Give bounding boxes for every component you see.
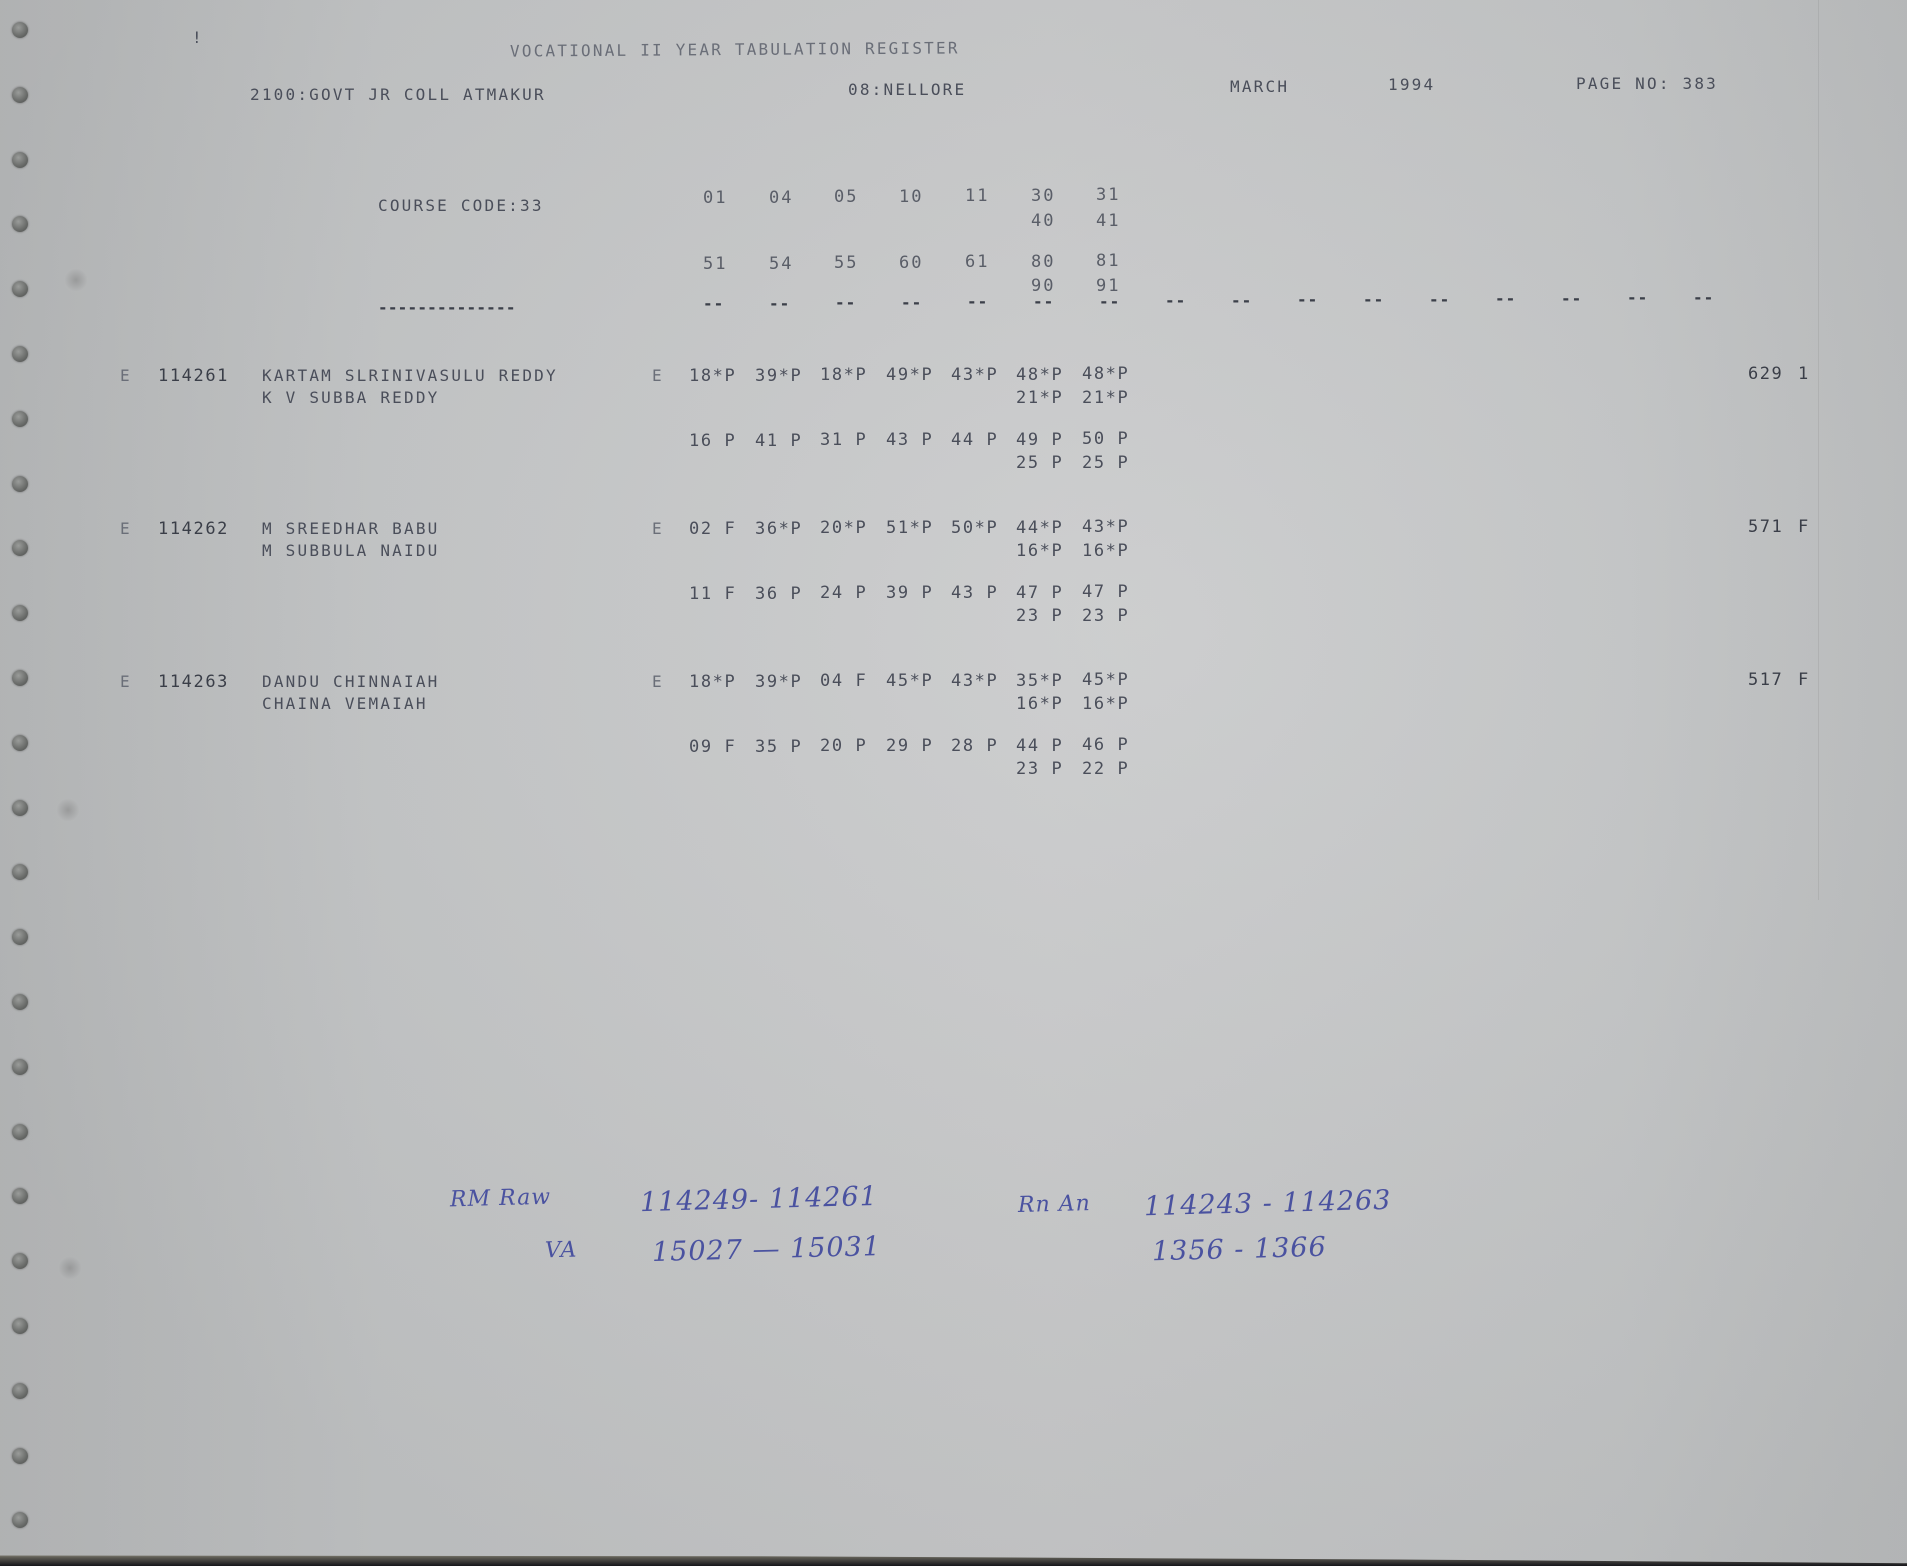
subject-mark: 35 P [755, 737, 802, 757]
handwritten-range-2: 15027 — 15031 [652, 1231, 882, 1268]
subject-mark: 41 P [755, 431, 802, 451]
subject-mark: 18*P [689, 366, 736, 386]
handwritten-range-1: 114249- 114261 [640, 1181, 879, 1218]
column-separator: -- [967, 292, 988, 311]
medium-code: E [120, 366, 132, 386]
subject-code-sub: 41 [1096, 211, 1120, 231]
total-marks: 571 [1748, 517, 1783, 537]
column-separator: -- [1231, 291, 1252, 310]
exam-year: 1994 [1388, 75, 1435, 95]
paper-smudge [58, 1256, 82, 1280]
column-separator: -- [1627, 288, 1648, 307]
binder-hole [12, 281, 28, 297]
language-code: E [652, 366, 664, 386]
subject-mark: 39*P [755, 366, 802, 386]
paper-smudge [56, 798, 80, 822]
stray-mark: ! [192, 28, 204, 48]
binder-hole [12, 411, 28, 427]
binder-hole [12, 929, 28, 945]
subject-mark: 29 P [886, 736, 933, 756]
subject-code: 04 [769, 188, 793, 208]
medium-code: E [120, 672, 132, 692]
column-separator: -- [1099, 292, 1120, 311]
subject-code: 30 [1031, 186, 1055, 206]
subject-code: 51 [703, 254, 727, 274]
subject-mark: 44*P [1016, 518, 1063, 538]
binder-hole [12, 1448, 28, 1464]
column-separator: -- [1297, 290, 1318, 309]
fold-guide-line [1818, 0, 1819, 900]
subject-mark-sub: 21*P [1082, 388, 1129, 408]
binder-hole [12, 87, 28, 103]
binder-hole [12, 1059, 28, 1075]
paper-bottom-edge [0, 1552, 1907, 1566]
subject-mark: 28 P [951, 736, 998, 756]
subject-mark: 44 P [1016, 736, 1063, 756]
column-separator: -- [835, 293, 856, 312]
binder-hole [12, 800, 28, 816]
page-number: PAGE NO: 383 [1576, 74, 1718, 94]
subject-mark: 18*P [820, 365, 867, 385]
binder-hole [12, 994, 28, 1010]
paper-background [0, 0, 1907, 1566]
result-code: 1 [1798, 364, 1810, 384]
binder-hole [12, 864, 28, 880]
subject-mark: 43*P [951, 671, 998, 691]
father-name: M SUBBULA NAIDU [262, 541, 440, 561]
subject-mark: 39 P [886, 583, 933, 603]
subject-mark: 24 P [820, 583, 867, 603]
subject-mark: 39*P [755, 672, 802, 692]
subject-mark: 02 F [689, 519, 736, 539]
subject-mark-sub: 25 P [1082, 453, 1129, 473]
separator-line: -------------- [378, 298, 516, 317]
binder-hole [12, 216, 28, 232]
binder-hole [12, 1383, 28, 1399]
subject-mark-sub: 23 P [1082, 606, 1129, 626]
subject-mark: 04 F [820, 671, 867, 691]
hall-ticket-number: 114263 [158, 672, 229, 692]
binder-hole [12, 476, 28, 492]
subject-code: 54 [769, 254, 793, 274]
handwritten-label-rn: Rn An [1018, 1191, 1091, 1218]
subject-mark-sub: 16*P [1082, 541, 1129, 561]
page-title: VOCATIONAL II YEAR TABULATION REGISTER [510, 38, 960, 61]
subject-code: 81 [1096, 251, 1120, 271]
subject-mark-sub: 21*P [1016, 388, 1063, 408]
total-marks: 629 [1748, 364, 1783, 384]
column-separator: -- [769, 294, 790, 313]
subject-mark: 20 P [820, 736, 867, 756]
subject-mark: 43 P [951, 583, 998, 603]
subject-mark-sub: 22 P [1082, 759, 1129, 779]
father-name: K V SUBBA REDDY [262, 388, 440, 408]
student-name: M SREEDHAR BABU [262, 519, 440, 539]
paper-smudge [64, 268, 88, 292]
subject-mark: 11 F [689, 584, 736, 604]
handwritten-range-4: 1356 - 1366 [1152, 1232, 1327, 1268]
language-code: E [652, 672, 664, 692]
subject-mark: 45*P [1082, 670, 1129, 690]
binder-hole [12, 540, 28, 556]
binder-hole [12, 1124, 28, 1140]
subject-mark: 47 P [1082, 582, 1129, 602]
subject-mark: 35*P [1016, 671, 1063, 691]
binder-hole [12, 1253, 28, 1269]
subject-mark: 50*P [951, 518, 998, 538]
language-code: E [652, 519, 664, 539]
binder-hole [12, 735, 28, 751]
subject-mark: 44 P [951, 430, 998, 450]
subject-code: 11 [965, 186, 989, 206]
column-separator: -- [1363, 290, 1384, 309]
student-name: DANDU CHINNAIAH [262, 672, 440, 692]
subject-mark: 43*P [1082, 517, 1129, 537]
subject-mark: 49 P [1016, 430, 1063, 450]
binder-hole [12, 152, 28, 168]
handwritten-range-3: 114243 - 114263 [1144, 1185, 1392, 1222]
subject-mark: 45*P [886, 671, 933, 691]
subject-code: 01 [703, 188, 727, 208]
subject-mark: 36*P [755, 519, 802, 539]
column-separator: -- [1429, 290, 1450, 309]
column-separator: -- [1561, 289, 1582, 308]
total-marks: 517 [1748, 670, 1783, 690]
binder-hole [12, 346, 28, 362]
course-code: COURSE CODE:33 [378, 196, 544, 216]
binder-hole [12, 1512, 28, 1528]
subject-code: 55 [834, 253, 858, 273]
subject-code: 60 [899, 253, 923, 273]
subject-mark: 09 F [689, 737, 736, 757]
subject-mark-sub: 16*P [1016, 541, 1063, 561]
college-name: 2100:GOVT JR COLL ATMAKUR [250, 85, 546, 105]
subject-code: 61 [965, 252, 989, 272]
binder-hole [12, 670, 28, 686]
father-name: CHAINA VEMAIAH [262, 694, 428, 714]
binder-hole [12, 22, 28, 38]
subject-mark-sub: 23 P [1016, 606, 1063, 626]
column-separator: -- [703, 294, 724, 313]
subject-mark: 46 P [1082, 735, 1129, 755]
hall-ticket-number: 114261 [158, 366, 229, 386]
column-separator: -- [1693, 288, 1714, 307]
exam-month: MARCH [1230, 77, 1289, 97]
subject-mark: 48*P [1082, 364, 1129, 384]
handwritten-label-va: VA [545, 1238, 578, 1264]
column-separator: -- [901, 293, 922, 312]
subject-code: 10 [899, 187, 923, 207]
subject-mark-sub: 23 P [1016, 759, 1063, 779]
subject-code-sub: 40 [1031, 211, 1055, 231]
subject-mark: 50 P [1082, 429, 1129, 449]
subject-mark: 48*P [1016, 365, 1063, 385]
binder-hole [12, 605, 28, 621]
result-code: F [1798, 670, 1810, 690]
binder-hole [12, 1188, 28, 1204]
student-name: KARTAM SLRINIVASULU REDDY [262, 366, 558, 386]
district-name: 08:NELLORE [848, 80, 966, 100]
subject-mark: 31 P [820, 430, 867, 450]
column-separator: -- [1033, 292, 1054, 311]
subject-code: 31 [1096, 185, 1120, 205]
subject-mark: 43*P [951, 365, 998, 385]
subject-mark: 47 P [1016, 583, 1063, 603]
subject-code: 05 [834, 187, 858, 207]
subject-mark: 18*P [689, 672, 736, 692]
binder-hole [12, 1318, 28, 1334]
subject-mark-sub: 16*P [1082, 694, 1129, 714]
subject-mark: 51*P [886, 518, 933, 538]
subject-mark: 20*P [820, 518, 867, 538]
result-code: F [1798, 517, 1810, 537]
subject-mark-sub: 16*P [1016, 694, 1063, 714]
subject-mark: 16 P [689, 431, 736, 451]
subject-mark: 43 P [886, 430, 933, 450]
medium-code: E [120, 519, 132, 539]
subject-code: 80 [1031, 252, 1055, 272]
column-separator: -- [1165, 291, 1186, 310]
column-separator: -- [1495, 289, 1516, 308]
hall-ticket-number: 114262 [158, 519, 229, 539]
handwritten-label-rm: RM Raw [450, 1185, 552, 1213]
subject-mark: 49*P [886, 365, 933, 385]
subject-mark-sub: 25 P [1016, 453, 1063, 473]
subject-mark: 36 P [755, 584, 802, 604]
